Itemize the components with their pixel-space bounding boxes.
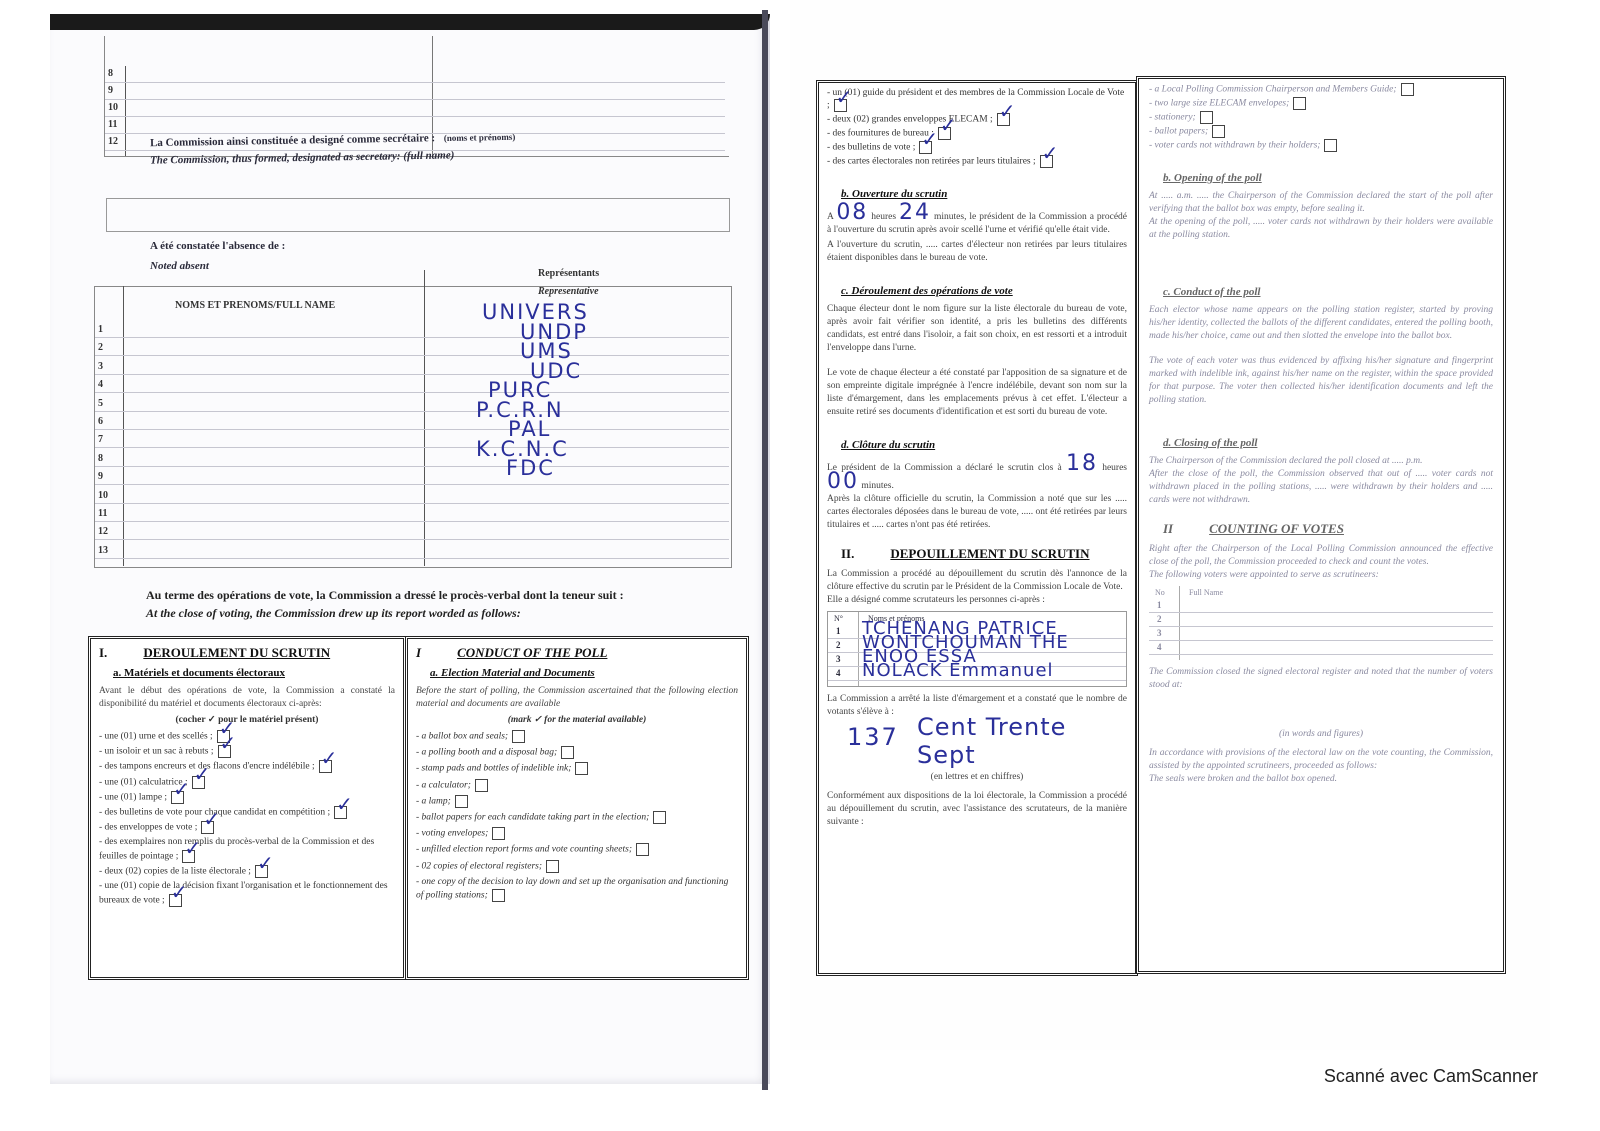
checklist-item: - a polling booth and a disposal bag;: [416, 746, 738, 760]
conduct-text1-fr: Chaque électeur dont le nom figure sur l…: [827, 303, 1127, 355]
closing-title-en: d. Closing of the poll: [1163, 437, 1493, 449]
checklist-label: - ballot papers for each candidate takin…: [416, 813, 649, 823]
row-line: [95, 466, 729, 467]
conduct-poll-fr-box: I. DEROULEMENT DU SCRUTIN a. Matériels e…: [88, 636, 406, 980]
row-line: [105, 116, 725, 117]
checkbox[interactable]: [834, 99, 847, 112]
closing-statement-fr: Au terme des opérations de vote, la Comm…: [146, 588, 624, 603]
checkbox[interactable]: [997, 113, 1010, 126]
section2-number: II: [1163, 521, 1173, 537]
checklist-label: - deux (02) grandes enveloppes ELECAM ;: [827, 115, 993, 125]
checklist-label: - des exemplaires non remplis du procès-…: [99, 837, 374, 861]
checkbox[interactable]: [1324, 139, 1337, 152]
section2-number: II.: [841, 546, 854, 562]
top-table-divider: [125, 66, 126, 156]
closing-text-fr: Le président de la Commission a déclaré …: [827, 457, 1127, 493]
checklist-item: - des enveloppes de vote ;: [99, 821, 395, 835]
counting-text2-fr: Elle a désigné comme scrutateurs les per…: [827, 594, 1127, 607]
checklist-label: - 02 copies of electoral registers;: [416, 861, 542, 871]
checkbox[interactable]: [492, 827, 505, 840]
row-number: 8: [108, 68, 113, 79]
absent-label-en: Noted absent: [150, 260, 209, 272]
scrutineer-divider: [1179, 586, 1180, 660]
page-spine: [762, 10, 768, 1090]
checklist-item: - a Local Polling Commission Chairperson…: [1149, 83, 1493, 96]
closing-text2-fr: Après la clôture officielle du scrutin, …: [827, 493, 1127, 532]
section2-title: DEPOUILLEMENT DU SCRUTIN: [890, 546, 1089, 562]
scrutineers-table-en: NoFull Name1234: [1149, 586, 1493, 660]
subsection-title: a. Matériels et documents électoraux: [113, 667, 395, 679]
row-line: [95, 503, 729, 504]
checklist-label: - une (01) lampe ;: [99, 792, 167, 802]
row-number: 10: [98, 490, 108, 501]
section2-title: COUNTING OF VOTES: [1209, 521, 1344, 537]
material-checklist-en: - a ballot box and seals;- a polling boo…: [416, 730, 738, 903]
checkbox[interactable]: [475, 779, 488, 792]
final-text-en: In accordance with provisions of the ele…: [1149, 747, 1493, 773]
checklist-item: - une (01) urne et des scellés ;: [99, 730, 395, 744]
opening-text2-en: At the opening of the poll, ..... voter …: [1149, 216, 1493, 242]
voters-words: Cent Trente Sept: [917, 713, 1127, 769]
checklist-label: - ballot papers;: [1149, 127, 1208, 137]
checklist-label: - stamp pads and bottles of indelible in…: [416, 764, 571, 774]
counting-text2-en: The following voters were appointed to s…: [1149, 569, 1493, 582]
right-en-column: - a Local Polling Commission Chairperson…: [1136, 76, 1506, 974]
checkbox[interactable]: [201, 821, 214, 834]
col-header-rep-fr: Représentants: [538, 268, 599, 279]
row-number: 9: [98, 471, 103, 482]
checklist-label: - one copy of the decision to lay down a…: [416, 877, 728, 901]
checklist-item: - deux (02) grandes enveloppes ELECAM ;: [827, 113, 1127, 126]
voters-figure: 137: [847, 723, 899, 751]
opening-hour: 08: [836, 200, 868, 225]
material-checklist-en-cont: - a Local Polling Commission Chairperson…: [1149, 83, 1493, 152]
checklist-label: - des cartes électorales non retirées pa…: [827, 157, 1036, 167]
material-checklist-fr: - une (01) urne et des scellés ;- un iso…: [99, 730, 395, 908]
row-number: 7: [98, 434, 103, 445]
row-line: [95, 429, 729, 430]
subsection-title: a. Election Material and Documents: [430, 667, 738, 679]
opening-text1-en: At ..... a.m. ..... the Chairperson of t…: [1149, 190, 1493, 216]
checklist-item: - des bulletins de vote ;: [827, 141, 1127, 154]
row-number: 13: [98, 545, 108, 556]
checklist-label: - a Local Polling Commission Chairperson…: [1149, 85, 1397, 95]
checklist-item: - deux (02) copies de la liste électoral…: [99, 865, 395, 879]
row-line: [95, 484, 729, 485]
checklist-item: - a lamp;: [416, 795, 738, 809]
scrutineer-header-num: N°: [834, 614, 843, 623]
checklist-label: - a polling booth and a disposal bag;: [416, 748, 557, 758]
checkbox[interactable]: [546, 860, 559, 873]
row-line: [95, 447, 729, 448]
section-title: CONDUCT OF THE POLL: [457, 645, 607, 661]
checklist-item: - stationery;: [1149, 111, 1493, 124]
checkbox[interactable]: [455, 795, 468, 808]
checklist-label: - unfilled election report forms and vot…: [416, 845, 632, 855]
camscanner-watermark: Scanné avec CamScanner: [1324, 1066, 1538, 1087]
scrutineer-header-name: Full Name: [1189, 588, 1223, 597]
absent-label-fr: A été constatée l'absence de :: [150, 240, 285, 252]
counting-text1-en: Right after the Chairperson of the Local…: [1149, 543, 1493, 569]
conduct-title-en: c. Conduct of the poll: [1163, 286, 1493, 298]
secretary-note: (noms et prénoms): [444, 132, 516, 143]
row-line: [95, 355, 729, 356]
checkbox[interactable]: [561, 746, 574, 759]
final-text2-en: The seals were broken and the ballot box…: [1149, 773, 1493, 786]
instruction: (cocher ✓ pour le matériel présent): [99, 713, 395, 728]
checkbox[interactable]: [575, 762, 588, 775]
checklist-label: - un isoloir et un sac à rebuts ;: [99, 747, 214, 757]
checklist-label: - des bulletins de vote ;: [827, 143, 915, 153]
scrutineer-number: 2: [836, 640, 841, 650]
row-line: [95, 374, 729, 375]
closing-minutes: 00: [827, 469, 859, 494]
checkbox[interactable]: [319, 760, 332, 773]
checklist-label: - deux (02) copies de la liste électoral…: [99, 867, 251, 877]
row-number: 1: [98, 324, 103, 335]
conduct-text1-en: Each elector whose name appears on the p…: [1149, 304, 1493, 343]
col-header-rep-en: Representative: [538, 286, 599, 297]
checklist-label: - des fournitures de bureau ;: [827, 129, 934, 139]
closing-title-fr: d. Clôture du scrutin: [841, 439, 1127, 451]
row-line: [105, 99, 725, 100]
section-number: I.: [99, 645, 107, 661]
words-note-fr: (en lettres et en chiffres): [827, 771, 1127, 784]
words-note-en: (in words and figures): [1149, 728, 1493, 741]
right-fr-column: - un (01) guide du président et des memb…: [816, 80, 1138, 976]
counting-text1-fr: La Commission a procédé au dépouillement…: [827, 568, 1127, 594]
checkbox[interactable]: [1040, 155, 1053, 168]
scrutineer-number: 1: [836, 626, 841, 636]
row-number: 12: [98, 526, 108, 537]
checklist-item: - un (01) guide du président et des memb…: [827, 87, 1127, 112]
instruction: (mark ✓ for the material available): [416, 713, 738, 728]
section-title: DEROULEMENT DU SCRUTIN: [143, 645, 330, 661]
checklist-label: - a lamp;: [416, 796, 451, 806]
row-number: 8: [98, 453, 103, 464]
checkbox[interactable]: [1212, 125, 1225, 138]
checklist-label: - voting envelopes;: [416, 829, 488, 839]
checklist-item: - a ballot box and seals;: [416, 730, 738, 744]
scrutineer-number: 4: [836, 668, 841, 678]
checklist-item: - ballot papers for each candidate takin…: [416, 811, 738, 825]
row-line: [95, 411, 729, 412]
voters-count: 137 Cent Trente Sept: [827, 719, 1127, 771]
material-checklist-fr-cont: - un (01) guide du président et des memb…: [827, 87, 1127, 168]
checkbox[interactable]: [653, 811, 666, 824]
row-number: 9: [108, 85, 113, 96]
checklist-label: - une (01) copie de la décision fixant l…: [99, 881, 388, 905]
scrutineer-header-num: No: [1155, 588, 1165, 597]
scrutineer-row-line: [1149, 612, 1493, 613]
conduct-text2-fr: Le vote de chaque électeur a été constat…: [827, 367, 1127, 419]
checklist-item: - 02 copies of electoral registers;: [416, 860, 738, 874]
row-number: 12: [108, 136, 118, 147]
row-number: 11: [98, 508, 107, 519]
checkbox[interactable]: [1293, 97, 1306, 110]
checkbox[interactable]: [512, 730, 525, 743]
col-header-name: NOMS ET PRENOMS/FULL NAME: [175, 300, 335, 311]
opening-minutes: 24: [899, 200, 931, 225]
checklist-label: - des enveloppes de vote ;: [99, 823, 197, 833]
checklist-label: - stationery;: [1149, 113, 1196, 123]
opening-text2-fr: A l'ouverture du scrutin, ..... cartes d…: [827, 239, 1127, 265]
checklist-item: - une (01) copie de la décision fixant l…: [99, 880, 395, 908]
absent-table-num-divider: [123, 286, 124, 566]
checkbox[interactable]: [255, 865, 268, 878]
scrutineers-table-fr: N°Noms et prénoms1TCHENANG PATRICE2WONTC…: [827, 611, 1127, 687]
row-number: 6: [98, 416, 103, 427]
scrutineer-name: NOLACK Emmanuel: [862, 660, 1054, 681]
checklist-item: - ballot papers;: [1149, 125, 1493, 138]
checklist-item: - une (01) calculatrice ;: [99, 776, 395, 790]
checkbox[interactable]: [169, 894, 182, 907]
conduct-poll-en-box: I CONDUCT OF THE POLL a. Election Materi…: [405, 636, 749, 980]
checkbox[interactable]: [334, 806, 347, 819]
row-line: [95, 337, 729, 338]
checklist-item: - un isoloir et un sac à rebuts ;: [99, 745, 395, 759]
representative-entry: FDC: [506, 456, 555, 480]
scrutineer-number: 3: [1157, 628, 1162, 638]
checklist-item: - des tampons encreurs et des flacons d'…: [99, 760, 395, 774]
intro-text: Avant le début des opérations de vote, l…: [99, 685, 395, 711]
final-text-fr: Conformément aux dispositions de la loi …: [827, 790, 1127, 829]
row-number: 11: [108, 119, 117, 130]
row-line: [105, 82, 725, 83]
conduct-title-fr: c. Déroulement des opérations de vote: [841, 285, 1127, 297]
checklist-label: - a calculator;: [416, 780, 471, 790]
checklist-item: - des fournitures de bureau ;: [827, 127, 1127, 140]
closing-statement-en: At the close of voting, the Commission d…: [146, 606, 521, 621]
row-line: [95, 521, 729, 522]
scrutineer-number: 3: [836, 654, 841, 664]
checkbox[interactable]: [171, 791, 184, 804]
opening-title-en: b. Opening of the poll: [1163, 172, 1493, 184]
checklist-item: - des bulletins de vote pour chaque cand…: [99, 806, 395, 820]
checklist-label: - un (01) guide du président et des memb…: [827, 88, 1124, 111]
opening-title-fr: b. Ouverture du scrutin: [841, 188, 1127, 200]
absent-table: [94, 286, 732, 568]
checklist-item: - stamp pads and bottles of indelible in…: [416, 762, 738, 776]
checklist-item: - two large size ELECAM envelopes;: [1149, 97, 1493, 110]
checkbox[interactable]: [1200, 111, 1213, 124]
checkbox[interactable]: [492, 889, 505, 902]
checkbox[interactable]: [938, 127, 951, 140]
checkbox[interactable]: [636, 843, 649, 856]
checklist-label: - two large size ELECAM envelopes;: [1149, 99, 1289, 109]
closing-text2-en: After the close of the poll, the Commiss…: [1149, 468, 1493, 507]
checklist-label: - voter cards not withdrawn by their hol…: [1149, 141, 1320, 151]
checklist-item: - des cartes électorales non retirées pa…: [827, 155, 1127, 168]
conduct-text2-en: The vote of each voter was thus evidence…: [1149, 355, 1493, 407]
checkbox[interactable]: [919, 141, 932, 154]
checklist-label: - a ballot box and seals;: [416, 732, 508, 742]
row-line: [95, 392, 729, 393]
row-number: 10: [108, 102, 118, 113]
secretary-input[interactable]: [106, 198, 730, 232]
checkbox[interactable]: [182, 850, 195, 863]
checklist-item: - des exemplaires non remplis du procès-…: [99, 836, 395, 864]
scrutineer-number: 4: [1157, 642, 1162, 652]
section-number: I: [416, 645, 421, 661]
checklist-label: - une (01) urne et des scellés ;: [99, 732, 213, 742]
intro-text: Before the start of polling, the Commiss…: [416, 685, 738, 711]
scrutineer-divider: [858, 612, 859, 686]
checkbox[interactable]: [1401, 83, 1414, 96]
closing-text1-en: The Chairperson of the Commission declar…: [1149, 455, 1493, 468]
row-number: 2: [98, 342, 103, 353]
scrutineer-number: 2: [1157, 614, 1162, 624]
row-number: 5: [98, 398, 103, 409]
checkbox[interactable]: [192, 776, 205, 789]
opening-text-fr: A 08 heures 24 minutes, le président de …: [827, 206, 1127, 237]
scrutineer-row-line: [1149, 626, 1493, 627]
row-line: [95, 558, 729, 559]
scan-top-edge: [0, 0, 790, 14]
checklist-item: - one copy of the decision to lay down a…: [416, 876, 738, 904]
row-line: [95, 539, 729, 540]
scrutineer-number: 1: [1157, 600, 1162, 610]
checklist-item: - unfilled election report forms and vot…: [416, 843, 738, 857]
checklist-item: - voting envelopes;: [416, 827, 738, 841]
scrutineer-row-line: [1149, 640, 1493, 641]
checkbox[interactable]: [218, 745, 231, 758]
row-number: 4: [98, 379, 103, 390]
checklist-item: - voter cards not withdrawn by their hol…: [1149, 139, 1493, 152]
register-text-en: The Commission closed the signed elector…: [1149, 666, 1493, 692]
checklist-item: - a calculator;: [416, 779, 738, 793]
closing-hour: 18: [1066, 451, 1098, 476]
scrutineer-row-line: [1149, 654, 1493, 655]
row-number: 3: [98, 361, 103, 372]
